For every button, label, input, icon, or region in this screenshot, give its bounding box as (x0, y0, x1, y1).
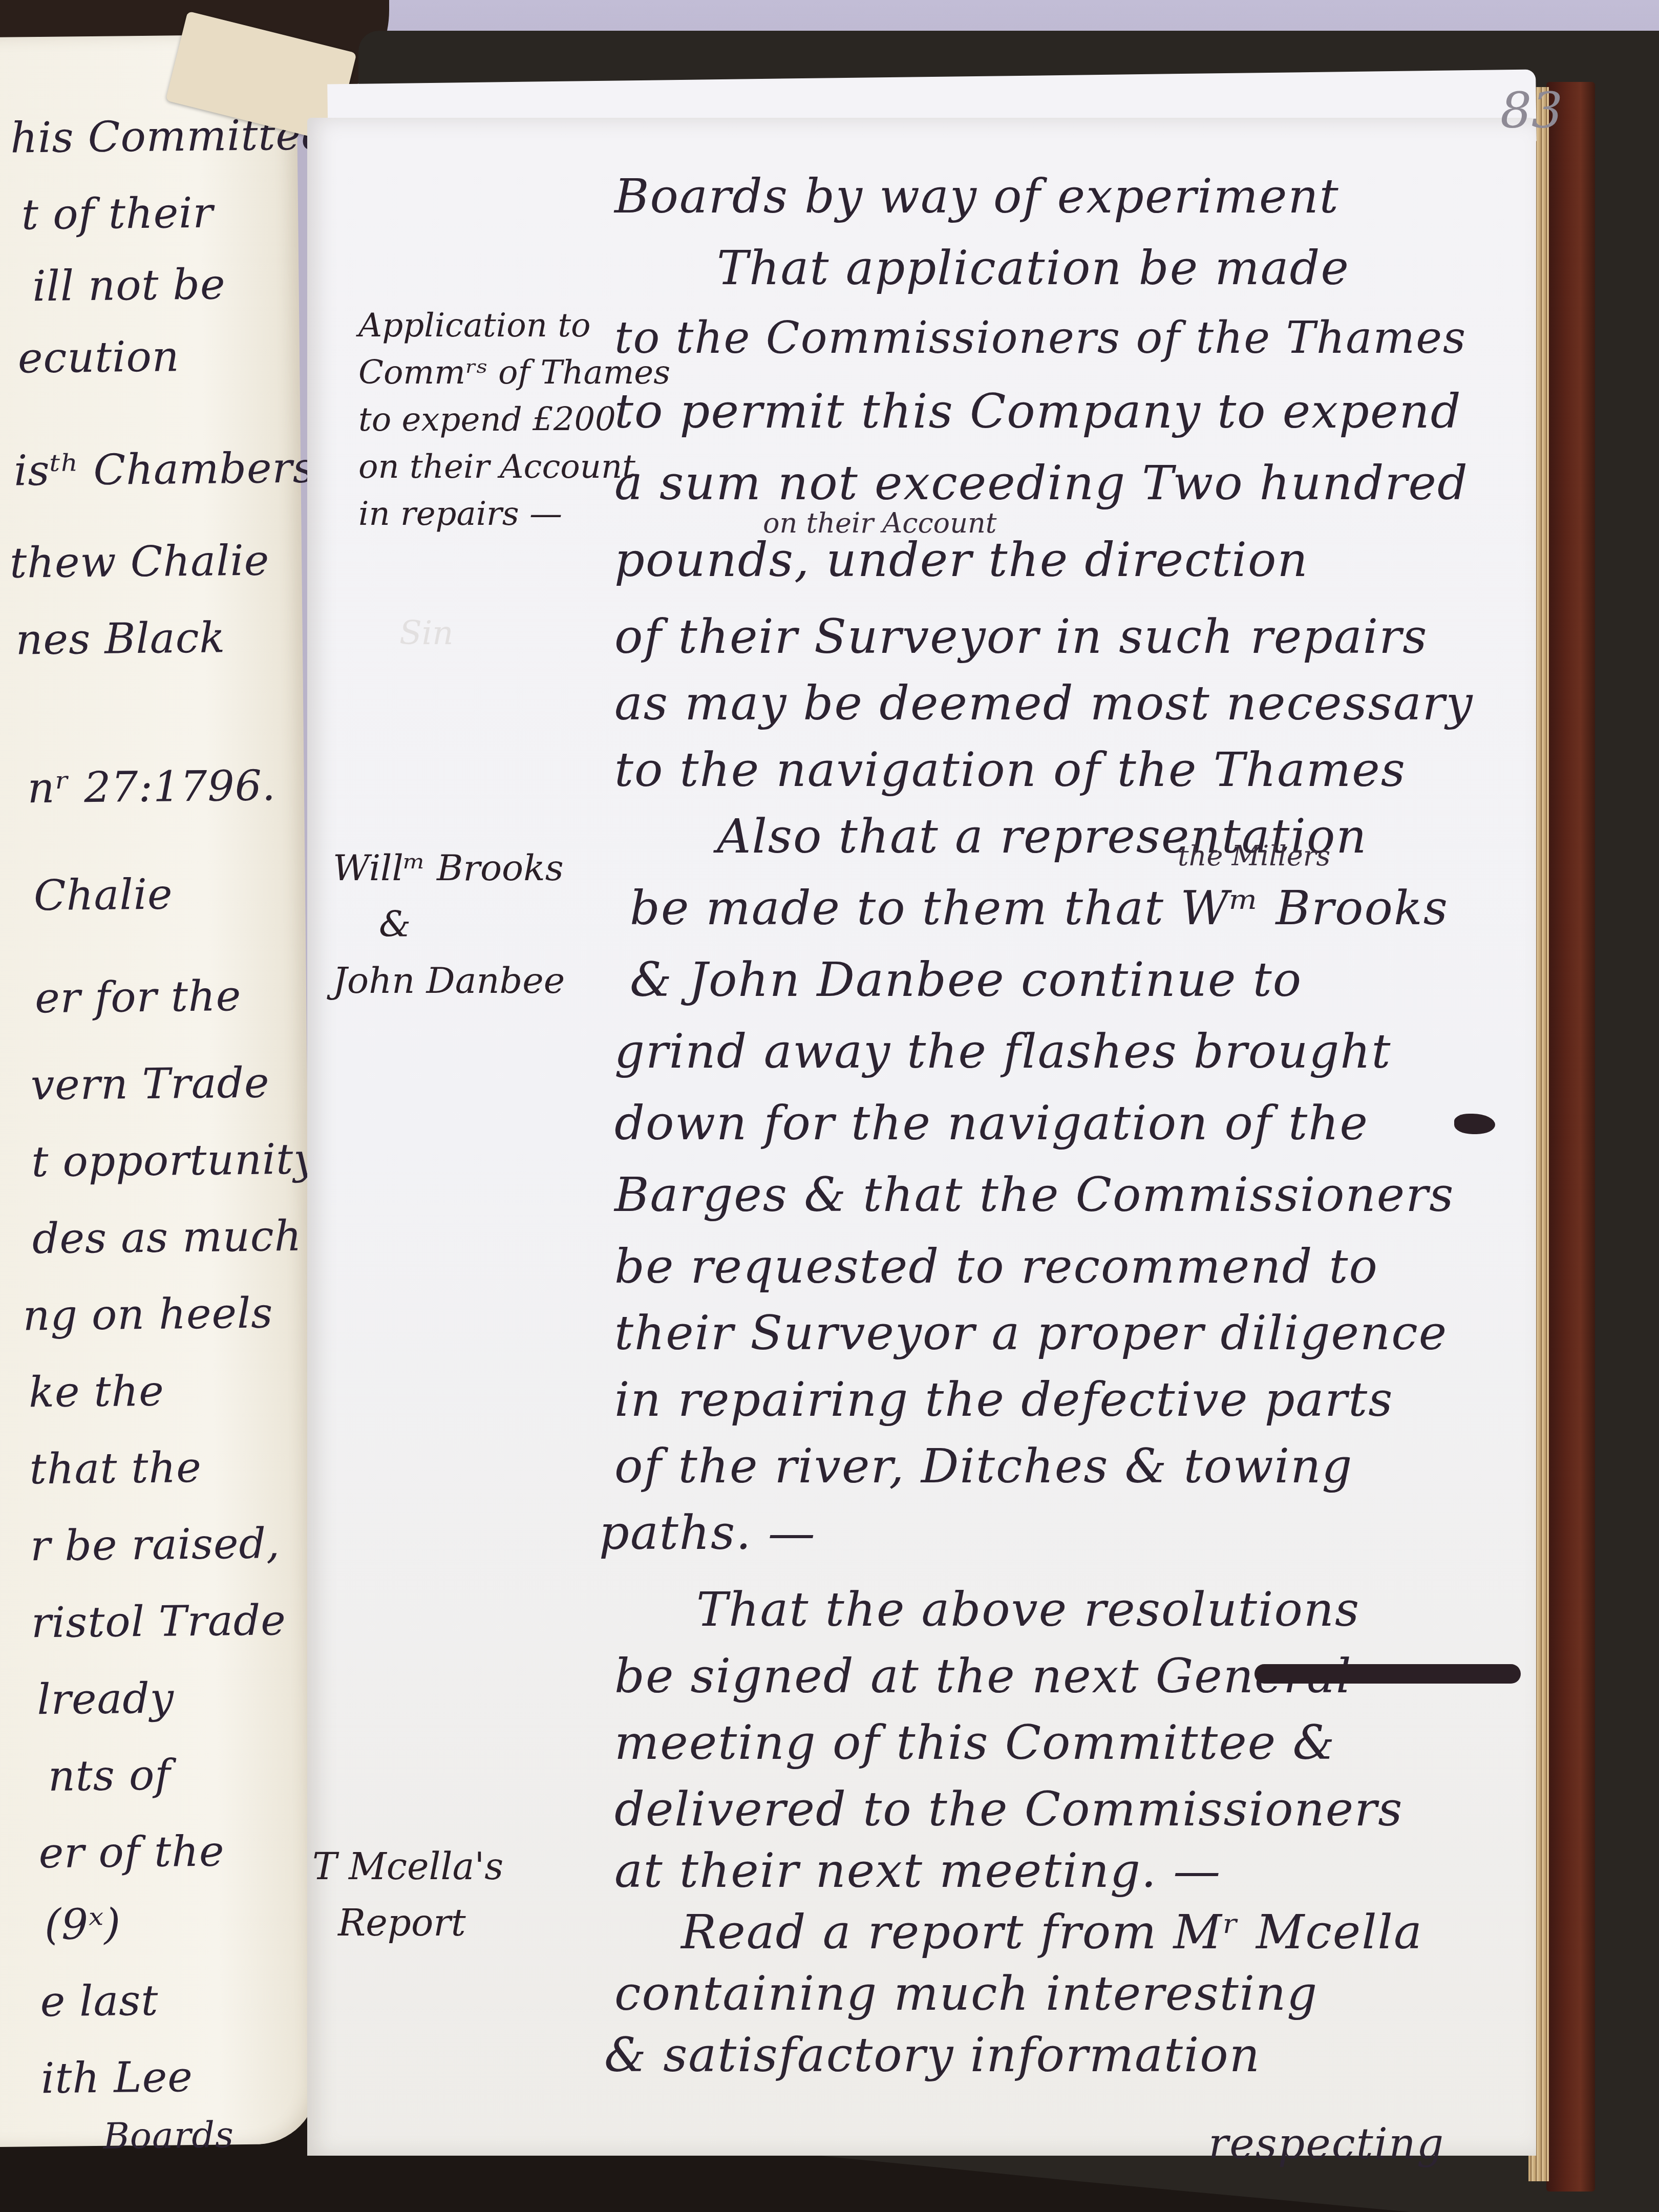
body-line: be made to them that Wᵐ Brooks (630, 881, 1449, 935)
left-page-line: er for the (35, 972, 242, 1023)
margin-note-line: & (333, 896, 565, 952)
left-page-line: r be raised, (30, 1519, 281, 1570)
margin-note-line: T Mcella's (312, 1838, 503, 1895)
bleed-through-text: Sin (399, 614, 454, 652)
left-page-line: e last (40, 1976, 159, 2026)
body-line: paths. — (599, 1505, 816, 1560)
body-line: to the navigation of the Thames (614, 742, 1406, 797)
left-page-line: er of the (38, 1827, 225, 1878)
body-line: Boards by way of experiment (614, 169, 1339, 224)
strike-through (1254, 1664, 1521, 1684)
body-line: & John Danbee continue to (630, 952, 1302, 1007)
body-line: Read a report from Mʳ Mcella (681, 1905, 1423, 1960)
body-line: of the river, Ditches & towing (614, 1439, 1353, 1494)
body-line: pounds, under the direction (614, 533, 1309, 587)
margin-note-line: Report (312, 1895, 503, 1951)
left-page-line: ke the (29, 1367, 165, 1417)
body-line: at their next meeting. — (614, 1843, 1221, 1898)
left-page-line: ill not be (32, 260, 226, 311)
left-page-line: isᵗʰ Chambers (14, 443, 315, 495)
body-line: down for the navigation of the (614, 1096, 1369, 1151)
body-line: to permit this Company to expend (614, 384, 1462, 439)
left-page-line: vern Trade (30, 1058, 270, 1110)
left-page-line: nes Black (15, 613, 225, 664)
body-line: containing much interesting (614, 1966, 1318, 2021)
body-line: be requested to recommend to (614, 1239, 1378, 1294)
left-page: his Committee t of their ill not be ecut… (0, 34, 318, 2147)
left-page-line: ith Lee (41, 2053, 194, 2103)
left-page-line: nts of (48, 1751, 172, 1801)
body-line: of their Surveyor in such repairs (614, 609, 1428, 664)
left-page-line: Boards (103, 2114, 234, 2157)
body-line: Barges & that the Commissioners (614, 1167, 1454, 1222)
left-page-line: lready (37, 1674, 175, 1724)
body-line: That application be made (717, 241, 1350, 295)
body-line: delivered to the Commissioners (614, 1782, 1403, 1837)
margin-note-line: Willᵐ Brooks (333, 840, 565, 896)
left-page-line: ecution (18, 332, 180, 382)
margin-note-line: John Danbee (333, 952, 565, 1009)
left-page-line: that the (29, 1443, 202, 1494)
ink-blot (1454, 1114, 1495, 1134)
margin-note-brooks-danbee: Willᵐ Brooks & John Danbee (333, 840, 565, 1009)
body-line: That the above resolutions (696, 1582, 1360, 1637)
left-page-line: Chalie (34, 870, 173, 920)
body-line: meeting of this Committee & (614, 1715, 1335, 1770)
body-line: in repairing the defective parts (614, 1372, 1394, 1427)
left-page-line: thew Chalie (10, 536, 270, 587)
page-number: 83 (1500, 82, 1563, 139)
body-line: their Surveyor a proper diligence (614, 1306, 1448, 1360)
left-page-line: t of their (22, 188, 214, 239)
body-line: be signed at the next General (614, 1649, 1352, 1704)
body-line: a sum not exceeding Two hundred (614, 456, 1469, 511)
catchword: respecting (1208, 2120, 1444, 2168)
body-line: & satisfactory information (604, 2028, 1261, 2082)
margin-note-report: T Mcella's Report (312, 1838, 503, 1951)
interlinear-insertion: the Millers (1178, 840, 1330, 872)
left-page-line: t opportunity (31, 1135, 318, 1186)
body-line: grind away the flashes brought (614, 1024, 1392, 1079)
left-page-line: ristol Trade (31, 1596, 286, 1647)
body-line: to the Commissioners of the Thames (614, 312, 1466, 364)
left-page-line: des as much (32, 1212, 302, 1264)
book-binding (1546, 82, 1595, 2192)
left-page-line: (9ˣ) (45, 1900, 121, 1950)
left-page-line: nʳ 27:1796. (27, 761, 276, 813)
body-line: as may be deemed most necessary (614, 676, 1474, 731)
left-page-line: ng on heels (23, 1289, 273, 1340)
